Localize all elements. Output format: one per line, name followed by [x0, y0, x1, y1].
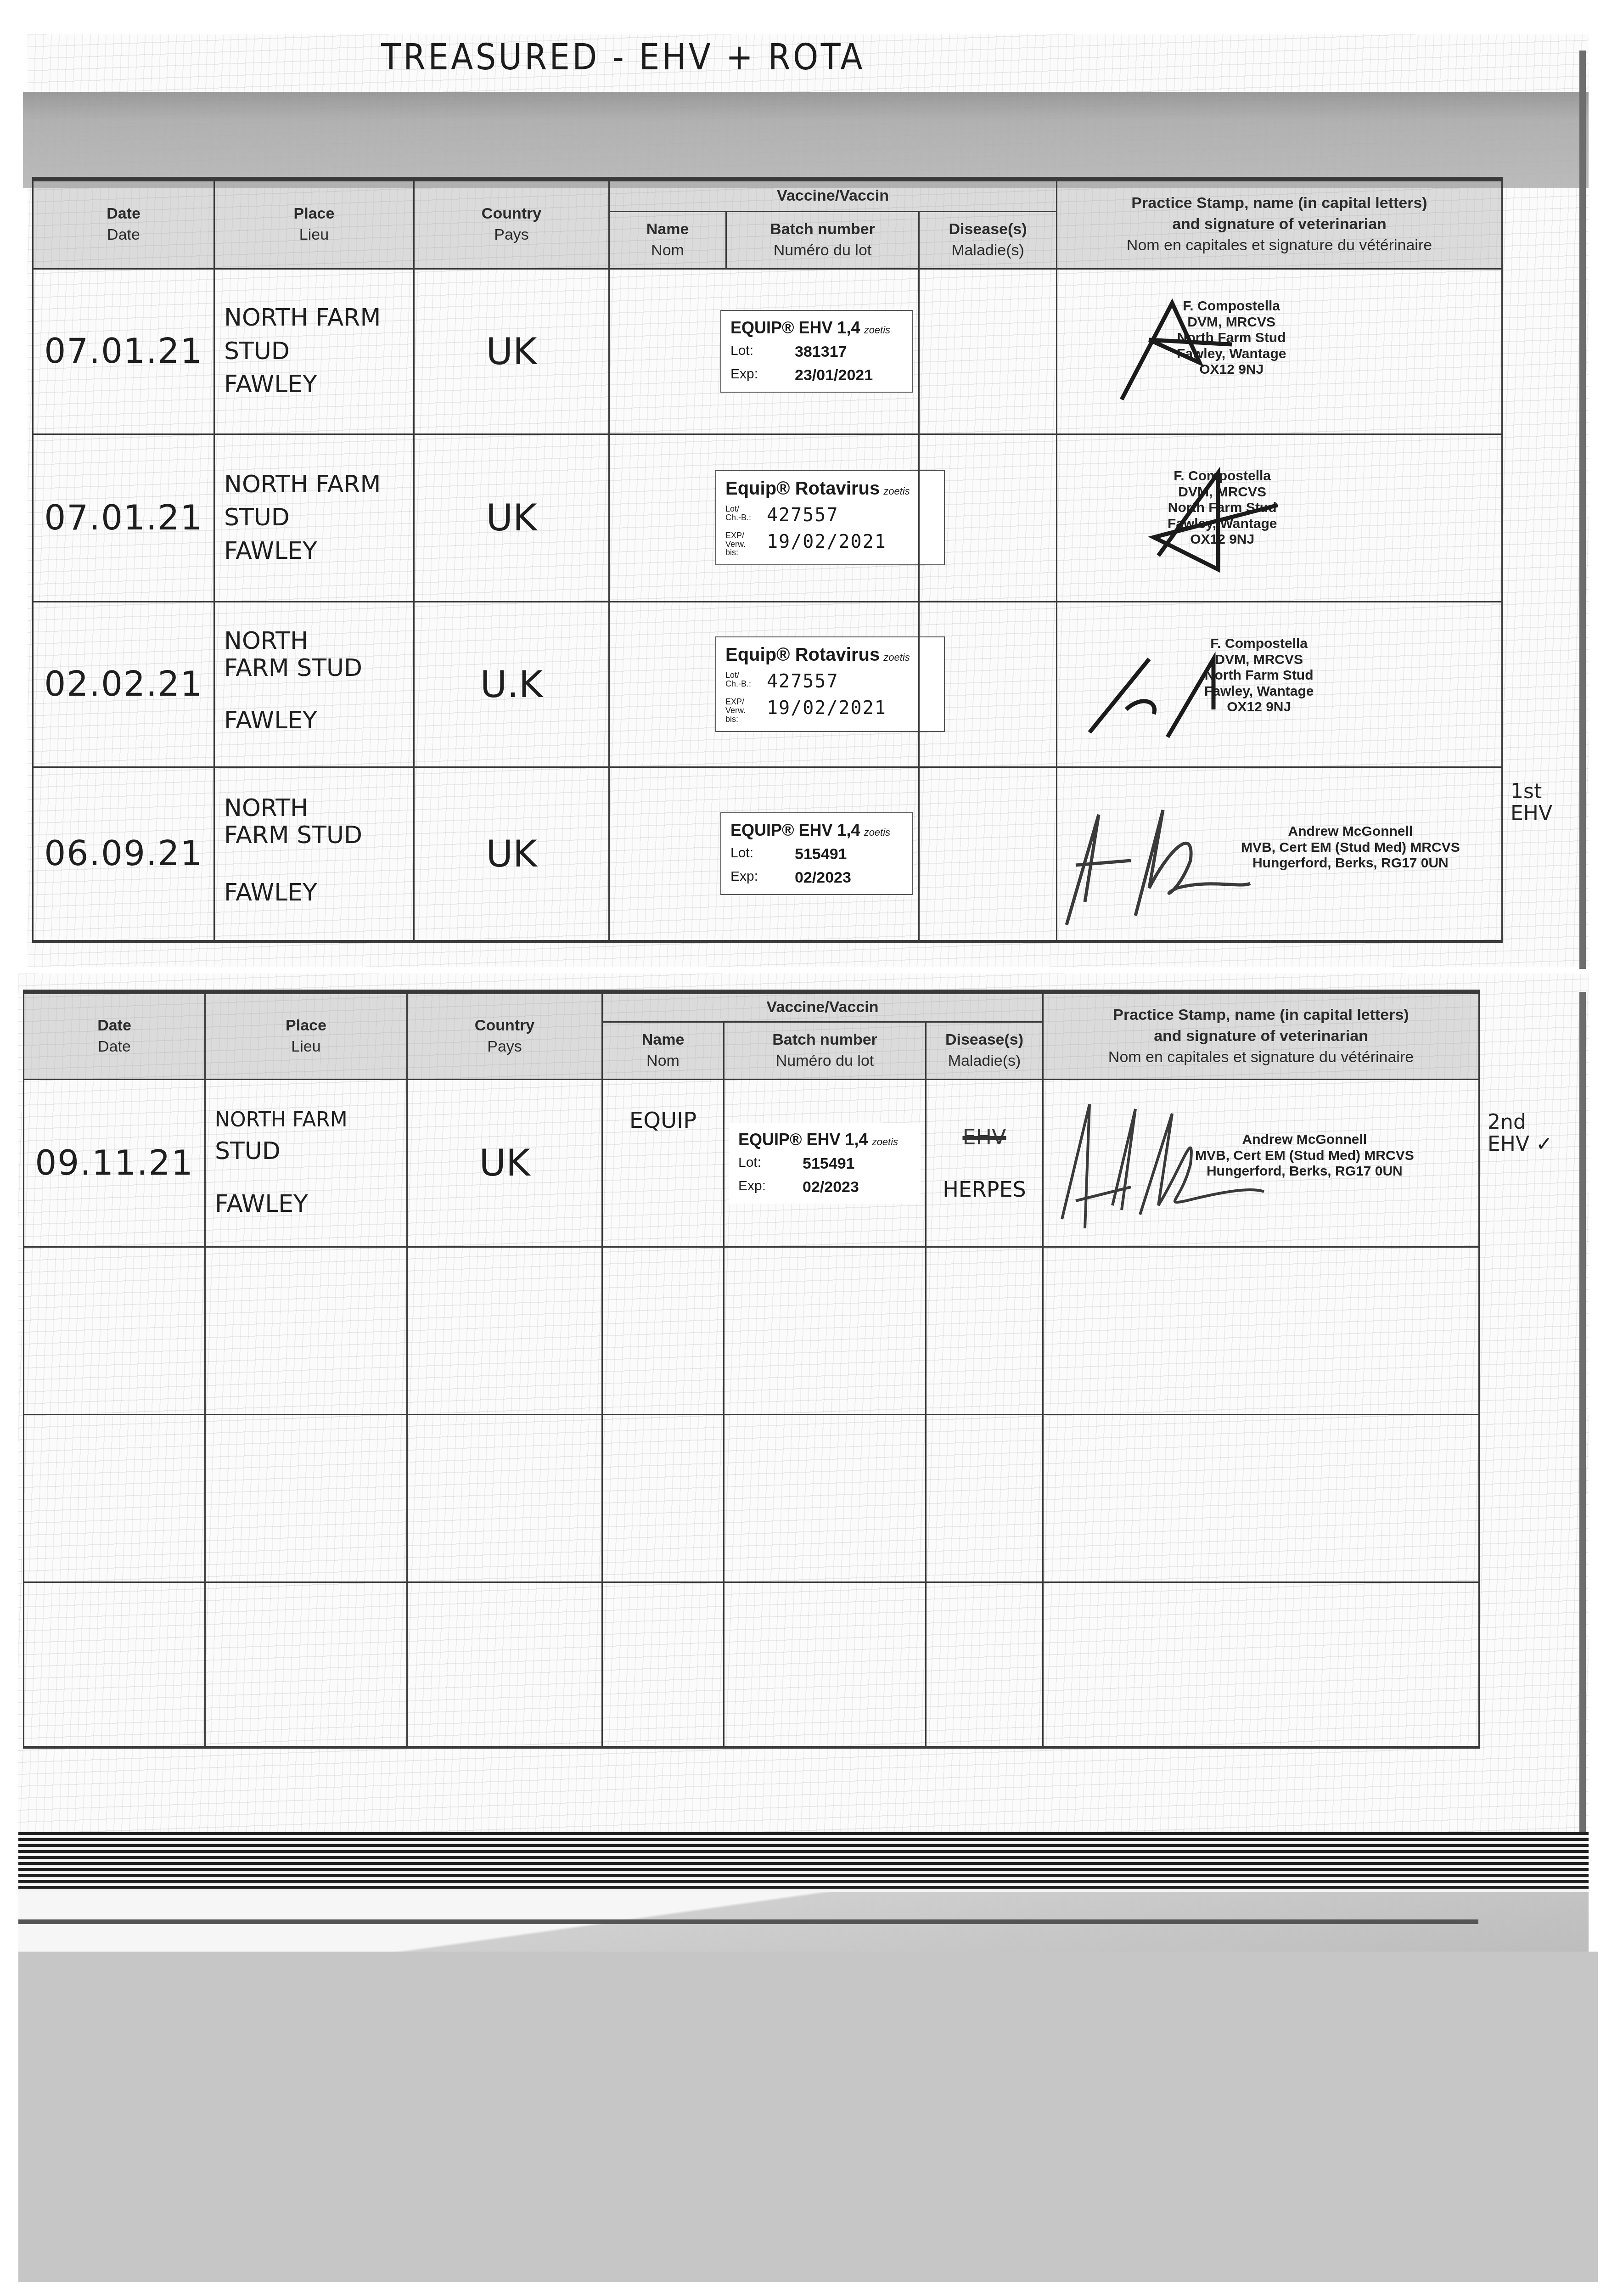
disease-cell — [919, 767, 1057, 941]
scanner-background — [18, 1952, 1598, 2282]
country-cell: UK — [414, 434, 609, 602]
vet-stamp-cell — [1043, 1582, 1479, 1747]
disease-cell: EHV HERPES — [926, 1079, 1043, 1247]
batch-cell — [724, 1247, 926, 1414]
header-vaccine-group: Vaccine/Vaccin — [609, 179, 1057, 211]
header-batch: Batch numberNuméro du lot — [726, 211, 919, 269]
vet-stamp-cell: F. CompostellaDVM, MRCVS North Farm Stud… — [1057, 434, 1502, 602]
margin-note-2nd-ehv: 2ndEHV ✓ — [1488, 1111, 1553, 1156]
place-cell: NORTH FARM STUD FAWLEY — [214, 602, 414, 767]
header-name: NameNom — [602, 1022, 724, 1079]
date-cell: 07.01.21 — [33, 434, 214, 602]
vaccine-batch-sticker: Equip® Rotaviruszoetis Lot/ Ch.-B.:42755… — [715, 636, 945, 732]
scan-shadow-band — [23, 92, 1589, 188]
header-date: DateDate — [33, 179, 214, 269]
place-cell: NORTH FARM STUD FAWLEY — [205, 1079, 407, 1247]
date-cell — [24, 1414, 205, 1582]
date-cell: 02.02.21 — [33, 602, 214, 767]
table-row: 07.01.21 NORTH FARM STUD FAWLEY UK EQUIP… — [33, 269, 1502, 434]
margin-note-1st-ehv: 1stEHV — [1511, 781, 1552, 825]
date-cell: 06.09.21 — [33, 767, 214, 941]
disease-cell — [926, 1582, 1043, 1747]
country-cell — [407, 1582, 602, 1747]
place-cell — [205, 1414, 407, 1582]
signature-icon — [1057, 796, 1296, 934]
table-row — [24, 1247, 1479, 1414]
table-row — [24, 1414, 1479, 1582]
handwritten-title: TREASURED - EHV + ROTA — [381, 37, 865, 78]
disease-value: HERPES — [927, 1177, 1042, 1202]
disease-cell — [919, 434, 1057, 602]
place-cell: NORTH FARM STUD FAWLEY — [214, 767, 414, 941]
header-disease: Disease(s)Maladie(s) — [919, 211, 1057, 269]
page-edge — [1579, 51, 1586, 969]
vet-stamp-cell — [1043, 1247, 1479, 1414]
vaccine-batch-sticker: Equip® Rotaviruszoetis Lot/ Ch.-B.:42755… — [715, 470, 945, 566]
date-cell: 07.01.21 — [33, 269, 214, 434]
table-row — [24, 1582, 1479, 1747]
vaccination-table-bottom: DateDate PlaceLieu CountryPays Vaccine/V… — [23, 990, 1480, 1749]
vaccine-name-cell — [602, 1414, 724, 1582]
book-edge-line — [18, 1919, 1478, 1924]
vaccine-name-cell — [602, 1582, 724, 1747]
vaccine-name-cell: EQUIP — [602, 1079, 724, 1247]
header-country: CountryPays — [407, 992, 602, 1079]
vaccination-table-top: DateDate PlaceLieu CountryPays Vaccine/V… — [32, 177, 1503, 943]
table-row: 07.01.21 NORTH FARM STUD FAWLEY UK Equip… — [33, 434, 1502, 602]
date-cell — [24, 1582, 205, 1747]
vet-stamp-cell: F. CompostellaDVM, MRCVS North Farm Stud… — [1057, 269, 1502, 434]
place-cell — [205, 1247, 407, 1414]
country-cell: UK — [407, 1079, 602, 1247]
signature-icon — [1076, 631, 1259, 742]
vet-stamp-cell — [1043, 1414, 1479, 1582]
signature-icon — [1048, 1095, 1287, 1238]
header-batch: Batch numberNuméro du lot — [724, 1022, 926, 1079]
struck-out-disease: EHV — [927, 1125, 1042, 1149]
table-row: 02.02.21 NORTH FARM STUD FAWLEY U.K Equi… — [33, 602, 1502, 767]
country-cell — [407, 1247, 602, 1414]
table-row: 06.09.21 NORTH FARM STUD FAWLEY UK EQUIP… — [33, 767, 1502, 941]
vaccine-batch-sticker: EQUIP® EHV 1,4zoetis Lot:381317 Exp:23/0… — [720, 310, 913, 393]
batch-cell: EQUIP® EHV 1,4zoetis Lot:515491 Exp:02/2… — [609, 767, 919, 941]
vet-stamp-cell: F. CompostellaDVM, MRCVS North Farm Stud… — [1057, 602, 1502, 767]
date-cell — [24, 1247, 205, 1414]
batch-cell: EQUIP® EHV 1,4zoetis Lot:381317 Exp:23/0… — [609, 269, 919, 434]
place-cell — [205, 1582, 407, 1747]
header-vet-stamp: Practice Stamp, name (in capital letters… — [1057, 179, 1502, 269]
vet-stamp-cell: Andrew McGonnellMVB, Cert EM (Stud Med) … — [1043, 1079, 1479, 1247]
table-row: 09.11.21 NORTH FARM STUD FAWLEY UK EQUIP… — [24, 1079, 1479, 1247]
page-edge — [1579, 992, 1586, 1892]
vaccine-batch-sticker: EQUIP® EHV 1,4zoetis Lot:515491 Exp:02/2… — [729, 1123, 921, 1204]
header-country: CountryPays — [414, 179, 609, 269]
place-cell: NORTH FARM STUD FAWLEY — [214, 434, 414, 602]
country-cell: UK — [414, 269, 609, 434]
signature-icon — [1126, 455, 1319, 574]
country-cell: U.K — [414, 602, 609, 767]
header-place: PlaceLieu — [205, 992, 407, 1079]
header-vaccine-group: Vaccine/Vaccin — [602, 992, 1043, 1022]
header-vet-stamp: Practice Stamp, name (in capital letters… — [1043, 992, 1479, 1079]
batch-cell: Equip® Rotaviruszoetis Lot/ Ch.-B.:42755… — [609, 434, 919, 602]
place-cell: NORTH FARM STUD FAWLEY — [214, 269, 414, 434]
batch-cell: EQUIP® EHV 1,4zoetis Lot:515491 Exp:02/2… — [724, 1079, 926, 1247]
country-cell — [407, 1414, 602, 1582]
batch-cell: Equip® Rotaviruszoetis Lot/ Ch.-B.:42755… — [609, 602, 919, 767]
batch-cell — [724, 1414, 926, 1582]
country-cell: UK — [414, 767, 609, 941]
batch-cell — [724, 1582, 926, 1747]
vaccine-batch-sticker: EQUIP® EHV 1,4zoetis Lot:515491 Exp:02/2… — [720, 812, 913, 895]
header-disease: Disease(s)Maladie(s) — [926, 1022, 1043, 1079]
signature-icon — [1094, 289, 1278, 409]
page-fold-lines — [18, 1832, 1589, 1892]
header-name: NameNom — [609, 211, 726, 269]
vet-stamp-cell: Andrew McGonnellMVB, Cert EM (Stud Med) … — [1057, 767, 1502, 941]
disease-cell — [926, 1414, 1043, 1582]
date-cell: 09.11.21 — [24, 1079, 205, 1247]
disease-cell — [926, 1247, 1043, 1414]
disease-cell — [919, 602, 1057, 767]
header-place: PlaceLieu — [214, 179, 414, 269]
disease-cell — [919, 269, 1057, 434]
header-date: DateDate — [24, 992, 205, 1079]
vaccine-name-cell — [602, 1247, 724, 1414]
